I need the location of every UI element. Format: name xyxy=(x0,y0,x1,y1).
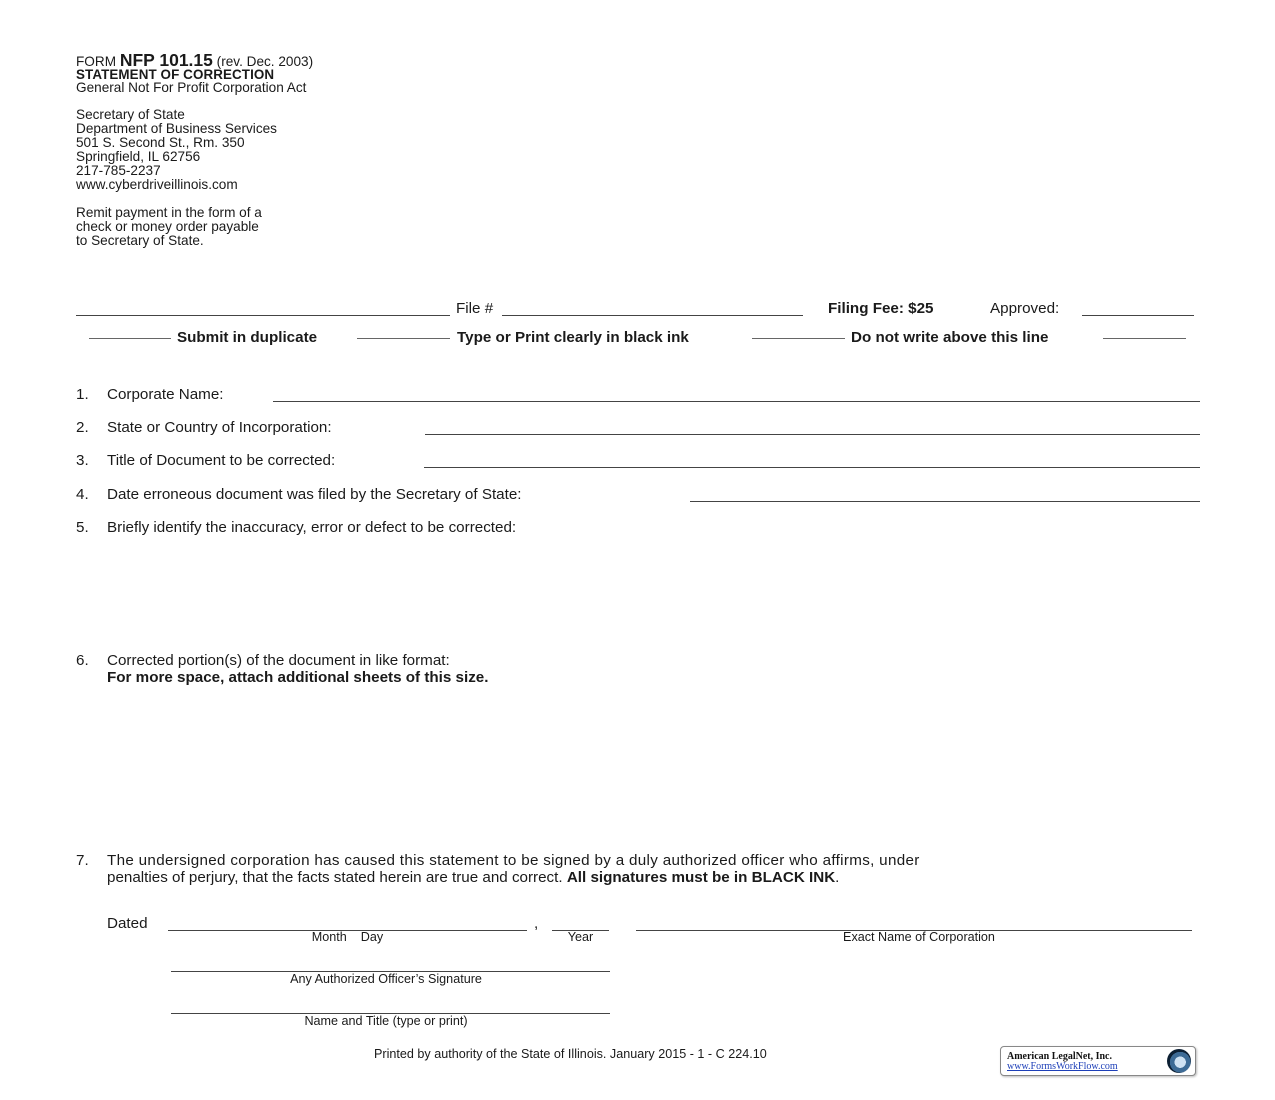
field-corporate-name-label: 1.Corporate Name: xyxy=(76,386,224,403)
item-label: Title of Document to be corrected: xyxy=(107,452,335,469)
attach-sheets-note: For more space, attach additional sheets… xyxy=(107,669,488,686)
month-day-caption: Month Day xyxy=(168,930,527,944)
website-link[interactable]: www.cyberdriveillinois.com xyxy=(76,177,238,192)
item-number: 7. xyxy=(76,852,107,869)
address-line: 501 S. Second St., Rm. 350 xyxy=(76,135,245,150)
address-line: Springfield, IL 62756 xyxy=(76,149,200,164)
office-use-instruction: Do not write above this line xyxy=(851,329,1048,346)
payment-note: to Secretary of State. xyxy=(76,233,204,248)
inaccuracy-text-area[interactable] xyxy=(106,540,1200,640)
corporation-name-caption: Exact Name of Corporation xyxy=(636,930,1202,944)
field-corrected-portion-label: 6.Corrected portion(s) of the document i… xyxy=(76,652,450,669)
item-number: 4. xyxy=(76,486,107,503)
affirmation-line-1: The undersigned corporation has caused t… xyxy=(107,852,920,869)
ink-instruction: Type or Print clearly in black ink xyxy=(457,329,689,346)
item-number: 1. xyxy=(76,386,107,403)
payment-note: Remit payment in the form of a xyxy=(76,205,262,220)
document-title-field[interactable] xyxy=(424,467,1200,468)
item-number: 3. xyxy=(76,452,107,469)
item-label: State or Country of Incorporation: xyxy=(107,419,332,436)
file-number-field xyxy=(502,315,803,316)
approved-label: Approved: xyxy=(990,300,1059,317)
form-act: General Not For Profit Corporation Act xyxy=(76,80,306,95)
filing-fee: Filing Fee: $25 xyxy=(828,300,934,317)
item-number: 6. xyxy=(76,652,107,669)
item-label: Corporate Name: xyxy=(107,386,224,403)
field-document-title-label: 3.Title of Document to be corrected: xyxy=(76,452,335,469)
date-comma: , xyxy=(534,915,538,932)
divider xyxy=(89,338,171,339)
name-title-caption: Name and Title (type or print) xyxy=(171,1014,601,1028)
item-label: Corrected portion(s) of the document in … xyxy=(107,652,450,669)
divider xyxy=(752,338,845,339)
corrected-portion-text-area[interactable] xyxy=(106,690,1200,840)
period: . xyxy=(835,869,839,886)
year-caption: Year xyxy=(552,930,609,944)
item-label: Date erroneous document was filed by the… xyxy=(107,486,522,503)
corporate-name-field[interactable] xyxy=(273,401,1200,402)
approved-field xyxy=(1082,315,1194,316)
address-line: Secretary of State xyxy=(76,107,185,122)
field-state-label: 2.State or Country of Incorporation: xyxy=(76,419,332,436)
black-ink-warning: All signatures must be in BLACK INK xyxy=(567,869,835,886)
affirmation-text: penalties of perjury, that the facts sta… xyxy=(107,869,567,886)
payment-note: check or money order payable xyxy=(76,219,259,234)
field-inaccuracy-label: 5.Briefly identify the inaccuracy, error… xyxy=(76,519,516,536)
state-of-incorporation-field[interactable] xyxy=(425,434,1200,435)
globe-icon xyxy=(1167,1049,1191,1073)
item-number: 2. xyxy=(76,419,107,436)
address-line: 217-785-2237 xyxy=(76,163,161,178)
submit-instruction: Submit in duplicate xyxy=(177,329,317,346)
file-number-label: File # xyxy=(456,300,493,317)
affirmation-line-2: penalties of perjury, that the facts sta… xyxy=(107,869,839,886)
affirmation-statement: 7.The undersigned corporation has caused… xyxy=(76,852,920,869)
printed-by-footer: Printed by authority of the State of Ill… xyxy=(374,1047,767,1061)
officer-signature-caption: Any Authorized Officer’s Signature xyxy=(171,972,601,986)
american-legalnet-badge[interactable]: American LegalNet, Inc. www.FormsWorkFlo… xyxy=(1000,1046,1196,1076)
divider xyxy=(1103,338,1186,339)
dated-label: Dated xyxy=(107,915,148,932)
item-number: 5. xyxy=(76,519,107,536)
item-label: Briefly identify the inaccuracy, error o… xyxy=(107,519,516,536)
badge-url-link[interactable]: www.FormsWorkFlow.com xyxy=(1007,1061,1118,1072)
address-line: Department of Business Services xyxy=(76,121,277,136)
office-use-blank xyxy=(76,315,450,316)
field-filed-date-label: 4.Date erroneous document was filed by t… xyxy=(76,486,522,503)
filed-date-field[interactable] xyxy=(690,501,1200,502)
divider xyxy=(357,338,450,339)
